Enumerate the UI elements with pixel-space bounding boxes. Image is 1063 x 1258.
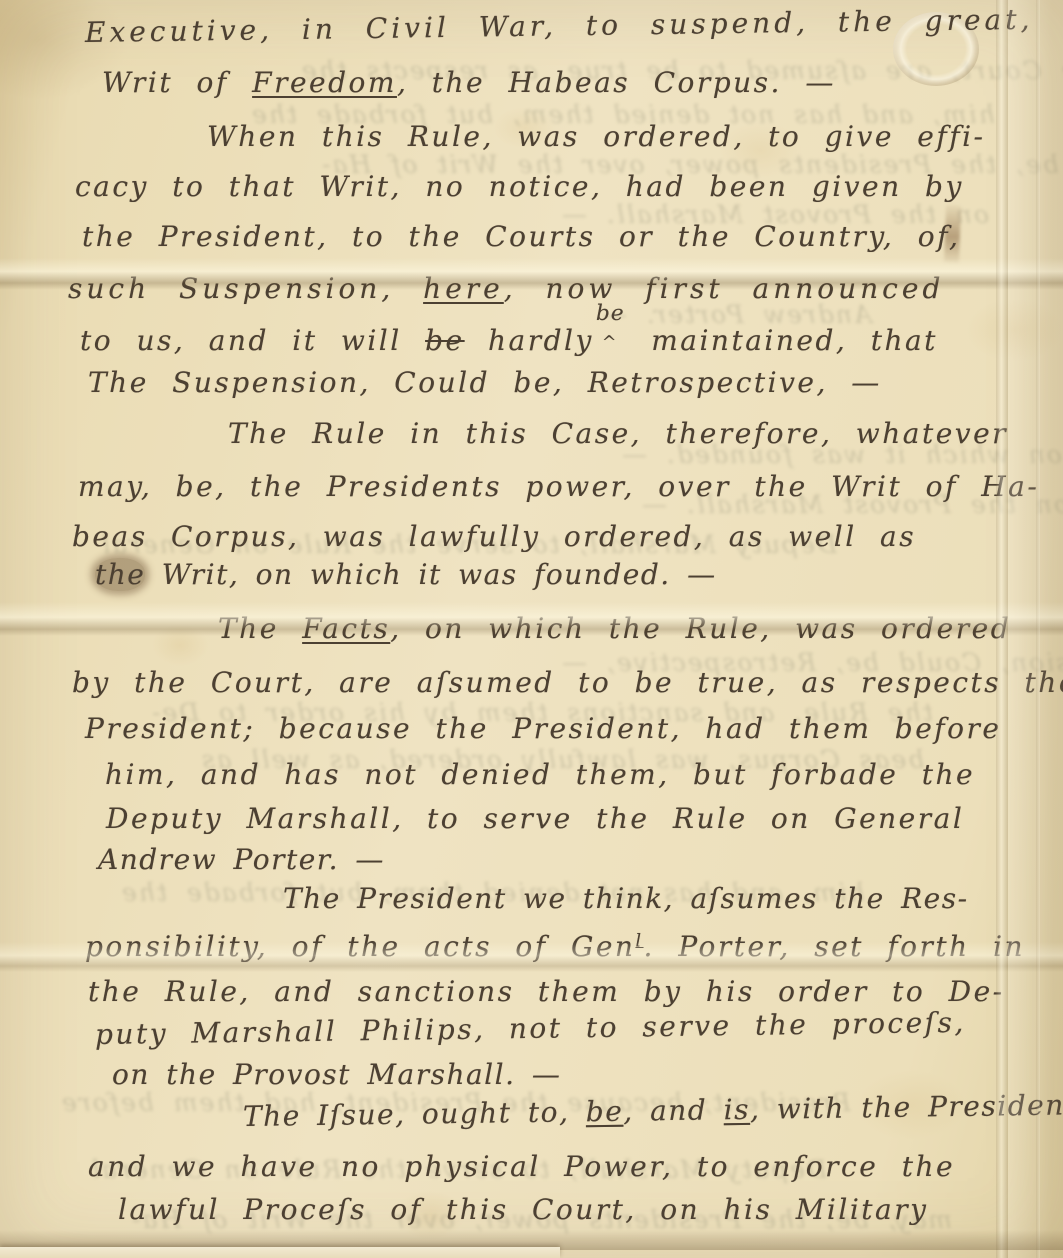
manuscript-line-21: the Rule, and sanctions them by his orde… xyxy=(88,975,1005,1008)
line-07-mid: hardly xyxy=(465,324,594,357)
line-07-post: maintained, that xyxy=(628,324,938,357)
line-24-post: , with the President xyxy=(750,1088,1063,1126)
manuscript-line-15: President; because the President, had th… xyxy=(85,712,1001,745)
manuscript-line-26: lawful Proceſs of this Court, on his Mil… xyxy=(118,1193,928,1226)
line-12-post: Writ, on which it was founded. — xyxy=(145,558,716,591)
manuscript-line-08: The Suspension, Could be, Retrospective,… xyxy=(88,366,882,399)
manuscript-page: by the Court, are aſsumed to be true, as… xyxy=(0,0,1063,1258)
manuscript-line-13: The Facts, on which the Rule, was ordere… xyxy=(218,612,1011,645)
line-02-pre: Writ of xyxy=(102,66,252,99)
manuscript-line-12: the Writ, on which it was founded. — xyxy=(95,558,717,591)
manuscript-line-10: may, be, the Presidents power, over the … xyxy=(78,470,1039,503)
insertion-text: be xyxy=(596,301,625,326)
line-20-pre: ponsibility, of the acts of Gen xyxy=(85,930,635,963)
line-24-pre: The Iſsue, ought to, xyxy=(243,1095,586,1133)
manuscript-line-25: and we have no physical Power, to enforc… xyxy=(88,1150,955,1183)
word-is-underlined: is xyxy=(723,1093,750,1126)
manuscript-line-11: beas Corpus, was lawfully ordered, as we… xyxy=(72,520,916,553)
manuscript-line-14: by the Court, are aſsumed to be true, as… xyxy=(72,666,1063,699)
manuscript-line-07: to us, and it will be hardlybe^ maintain… xyxy=(80,322,938,357)
manuscript-line-04: cacy to that Writ, no notice, had been g… xyxy=(75,170,964,203)
line-02-post: , the Habeas Corpus. — xyxy=(397,66,836,99)
manuscript-line-05: the President, to the Courts or the Coun… xyxy=(82,220,960,253)
manuscript-line-09: The Rule in this Case, therefore, whatev… xyxy=(228,417,1008,450)
line-06-pre: such Suspension, xyxy=(68,272,423,305)
manuscript-line-06: such Suspension, here, now first announc… xyxy=(68,272,944,305)
bottom-page-edge-sliver xyxy=(0,1247,560,1258)
word-freedom-underlined: Freedom xyxy=(252,66,397,99)
inserted-word-be: be^ xyxy=(594,322,628,350)
manuscript-line-23: on the Provost Marshall. — xyxy=(112,1058,561,1091)
manuscript-line-16: him, and has not denied them, but forbad… xyxy=(105,758,975,791)
superscript-l: l xyxy=(635,931,643,951)
word-be-underlined: be xyxy=(586,1095,624,1129)
manuscript-line-19: The President we think, aſsumes the Res- xyxy=(283,882,969,915)
line-13-pre: The xyxy=(218,612,302,645)
line-20-post: . Porter, set forth in xyxy=(644,930,1026,963)
fold-crease-vertical-2 xyxy=(1036,0,1040,1258)
manuscript-line-24: The Iſsue, ought to, be, and is, with th… xyxy=(243,1088,1063,1133)
right-margin-strip xyxy=(1008,0,1063,1258)
manuscript-line-18: Andrew Porter. — xyxy=(98,843,385,876)
manuscript-line-02: Writ of Freedom, the Habeas Corpus. — xyxy=(102,66,836,99)
manuscript-line-01: Executive, in Civil War, to suspend, the… xyxy=(85,3,1034,49)
word-the-blotted: the xyxy=(95,558,145,591)
word-facts-underlined: Facts xyxy=(302,612,390,645)
line-24-mid: , and xyxy=(623,1093,724,1127)
line-07-pre: to us, and it will xyxy=(80,324,425,357)
word-here-underlined: here xyxy=(423,272,504,305)
manuscript-line-17: Deputy Marshall, to serve the Rule on Ge… xyxy=(106,802,964,835)
manuscript-line-03: When this Rule, was ordered, to give eff… xyxy=(207,120,986,153)
line-06-post: , now first announced xyxy=(504,272,945,305)
manuscript-line-22: puty Marshall Philips, not to serve the … xyxy=(95,1006,966,1051)
insertion-caret: ^ xyxy=(602,333,619,353)
bottom-page-edge-shadow xyxy=(0,1230,1063,1250)
line-13-post: , on which the Rule, was ordered xyxy=(390,612,1011,645)
manuscript-line-20: ponsibility, of the acts of Genl. Porter… xyxy=(85,930,1025,963)
word-be-struck-out: be xyxy=(425,324,465,357)
